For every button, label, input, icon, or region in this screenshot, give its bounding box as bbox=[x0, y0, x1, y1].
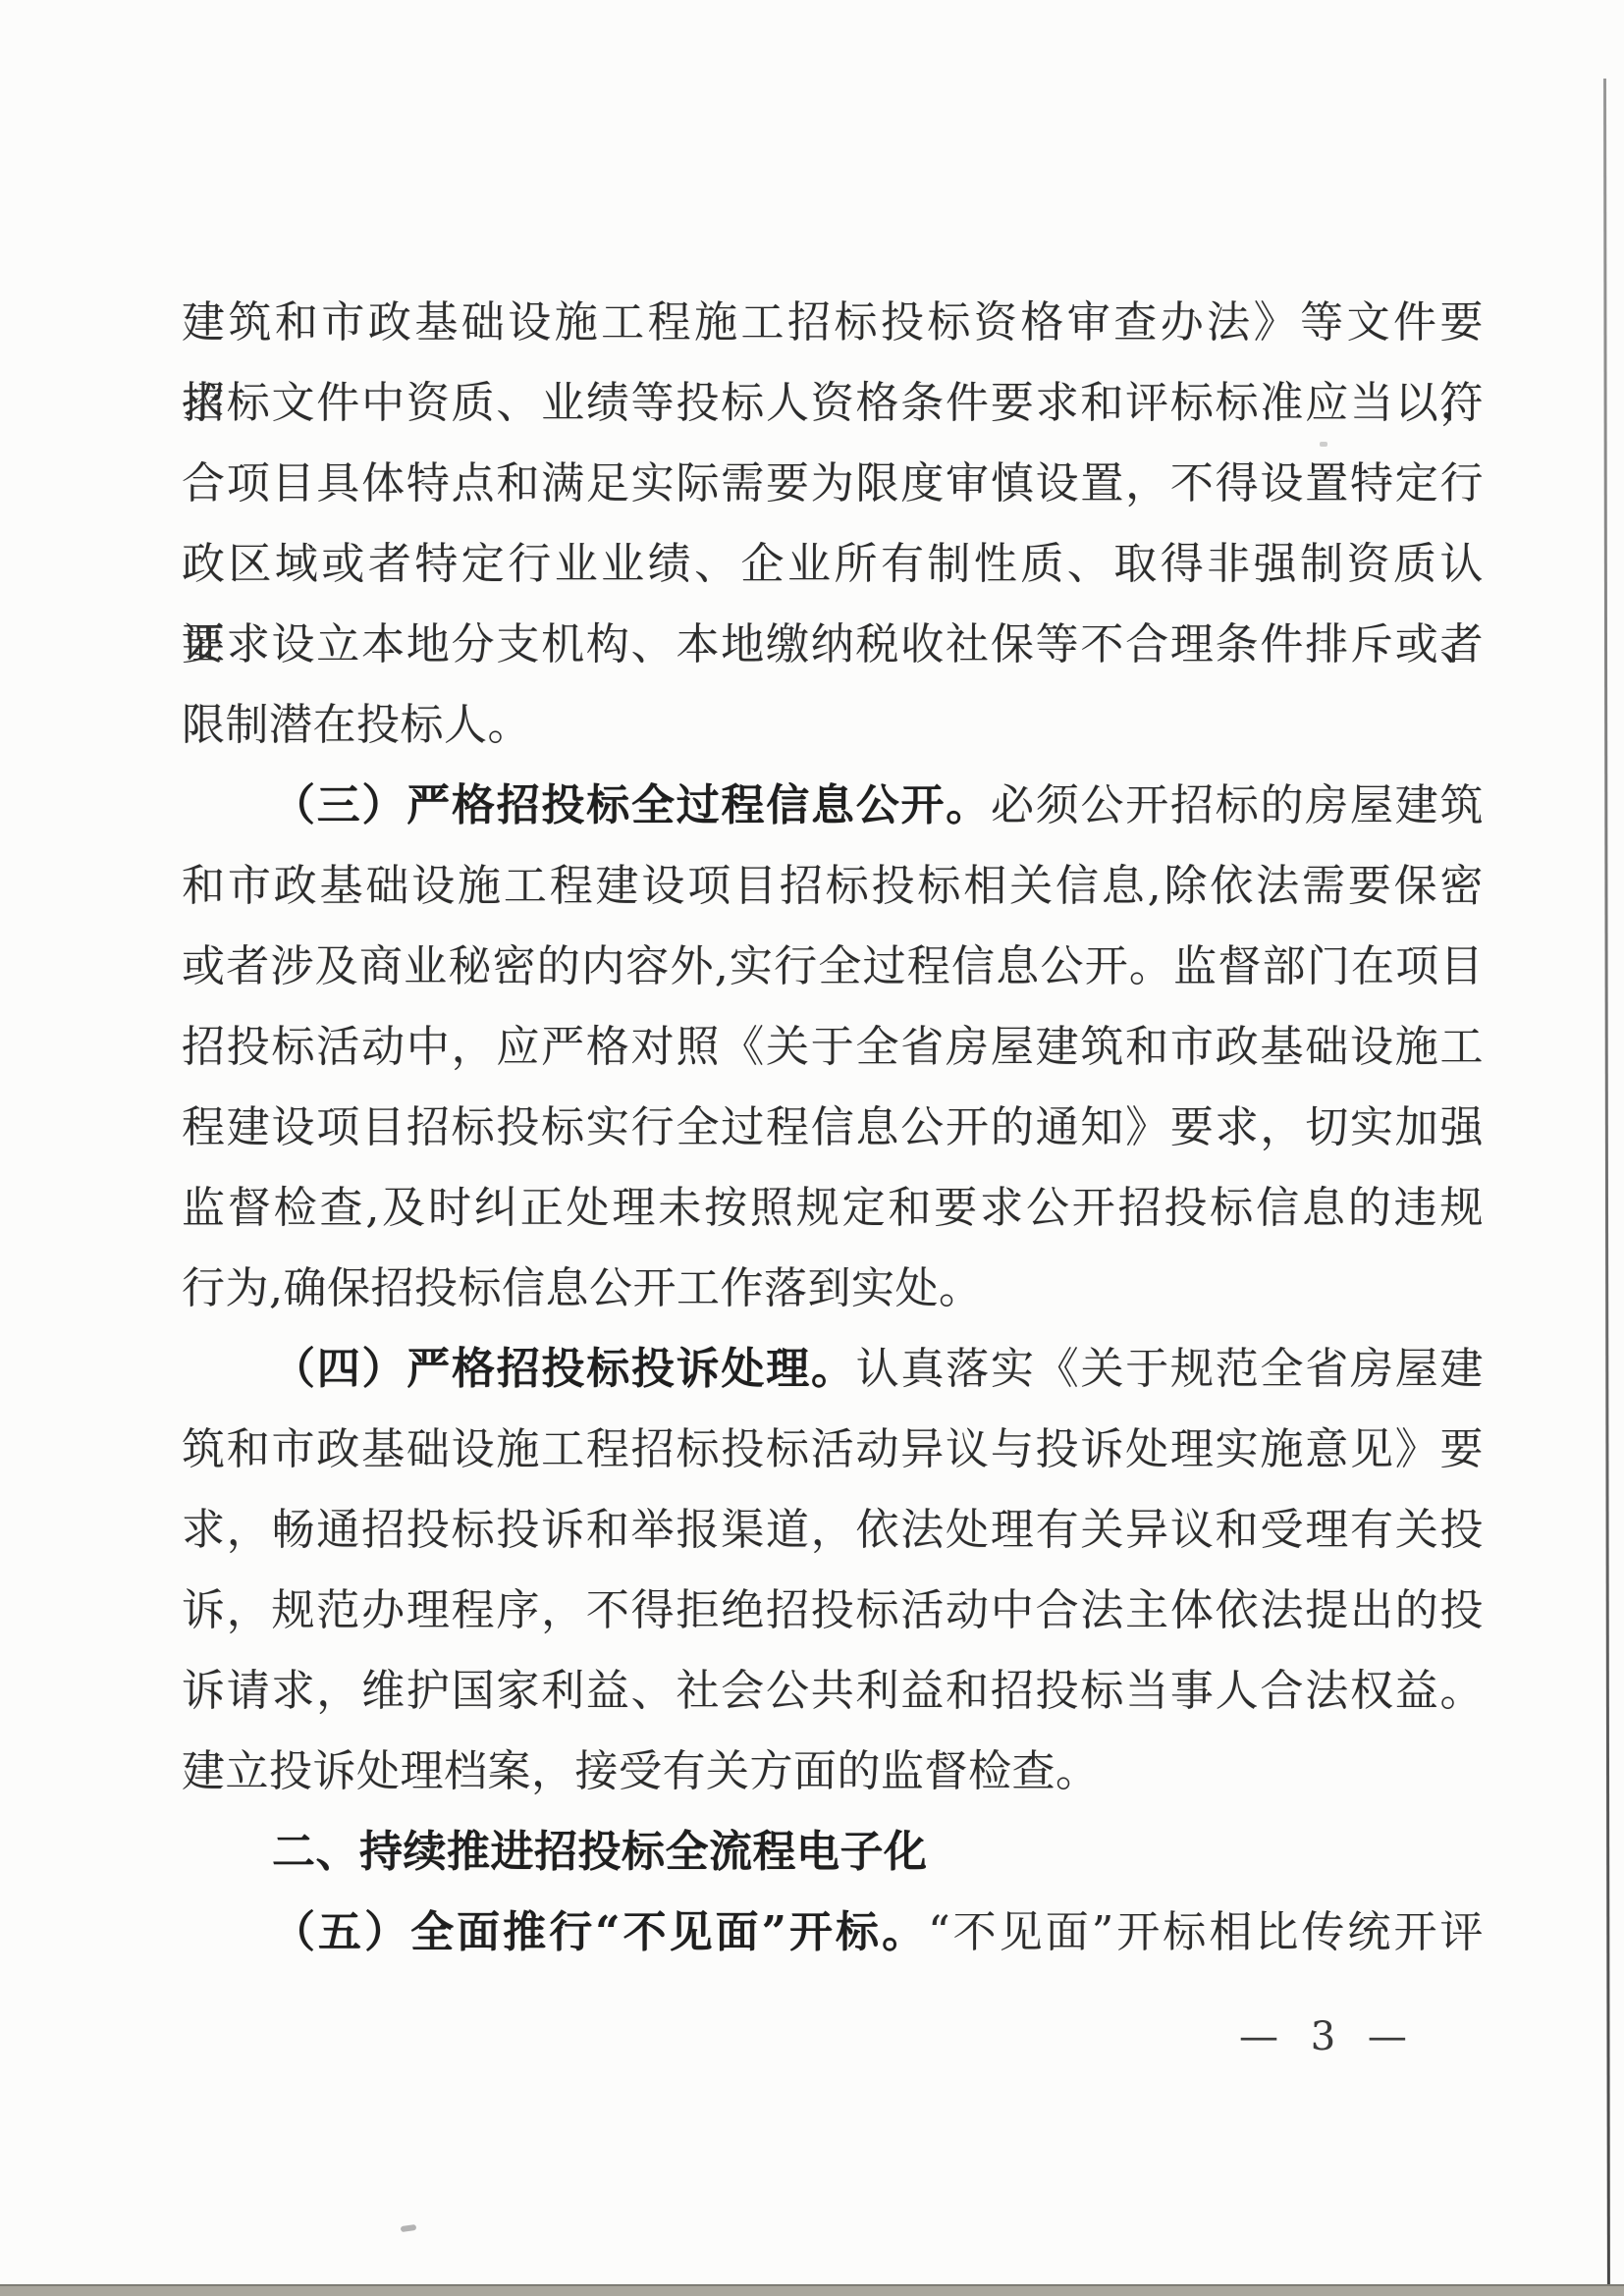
text-segment: 限制潜在投标人。 bbox=[182, 700, 531, 750]
page-number: — 3 — bbox=[1239, 2014, 1417, 2059]
text-segment: 程建设项目招标投标实行全过程信息公开的通知》要求，切实加强 bbox=[182, 1102, 1484, 1152]
text-segment: 或者涉及商业秘密的内容外,实行全过程信息公开。监督部门在项目 bbox=[182, 941, 1484, 991]
text-line: 或者涉及商业秘密的内容外,实行全过程信息公开。监督部门在项目 bbox=[182, 927, 1484, 1007]
text-segment: 认真落实《关于规范全省房屋建 bbox=[856, 1344, 1484, 1394]
text-segment: 建立投诉处理档案，接受有关方面的监督检查。 bbox=[182, 1746, 1100, 1796]
heading-segment: （五）全面推行“不见面”开标。 bbox=[272, 1907, 928, 1957]
scan-edge-bottom-band bbox=[0, 2284, 1624, 2296]
text-segment: 求，畅通招投标投诉和举报渠道，依法处理有关异议和受理有关投 bbox=[182, 1505, 1484, 1555]
text-line: 招投标活动中，应严格对照《关于全省房屋建筑和市政基础设施工 bbox=[182, 1007, 1484, 1088]
heading-segment: （四）严格招投标投诉处理。 bbox=[272, 1344, 856, 1394]
text-line: 政区域或者特定行业业绩、企业所有制性质、取得非强制资质认证、 bbox=[182, 524, 1484, 605]
text-line: （三）严格招投标全过程信息公开。必须公开招标的房屋建筑 bbox=[182, 766, 1484, 846]
text-segment: 合项目具体特点和满足实际需要为限度审慎设置，不得设置特定行 bbox=[182, 458, 1484, 508]
text-segment: 必须公开招标的房屋建筑 bbox=[991, 780, 1484, 830]
text-segment: 行为,确保招投标信息公开工作落到实处。 bbox=[182, 1263, 983, 1313]
text-line: 诉请求，维护国家利益、社会公共利益和招投标当事人合法权益。 bbox=[182, 1651, 1484, 1732]
text-line: 建筑和市政基础设施工程施工招标投标资格审查办法》等文件要求， bbox=[182, 283, 1484, 363]
text-line: 招标文件中资质、业绩等投标人资格条件要求和评标标准应当以符 bbox=[182, 363, 1484, 444]
text-line: 诉，规范办理程序，不得拒绝招投标活动中合法主体依法提出的投 bbox=[182, 1571, 1484, 1651]
text-segment: “不见面”开标相比传统开评 bbox=[928, 1907, 1484, 1957]
text-line: 要求设立本地分支机构、本地缴纳税收社保等不合理条件排斥或者 bbox=[182, 605, 1484, 685]
text-block: 建筑和市政基础设施工程施工招标投标资格审查办法》等文件要求，招标文件中资质、业绩… bbox=[182, 283, 1484, 1973]
document-page: 建筑和市政基础设施工程施工招标投标资格审查办法》等文件要求，招标文件中资质、业绩… bbox=[0, 0, 1624, 2296]
text-segment: 和市政基础设施工程建设项目招标投标相关信息,除依法需要保密 bbox=[182, 861, 1484, 911]
text-line: 筑和市政基础设施工程招标投标活动异议与投诉处理实施意见》要 bbox=[182, 1410, 1484, 1490]
scan-speck bbox=[401, 2224, 417, 2232]
text-line: 和市政基础设施工程建设项目招标投标相关信息,除依法需要保密 bbox=[182, 846, 1484, 927]
text-line: 求，畅通招投标投诉和举报渠道，依法处理有关异议和受理有关投 bbox=[182, 1490, 1484, 1571]
text-segment: 诉，规范办理程序，不得拒绝招投标活动中合法主体依法提出的投 bbox=[182, 1585, 1484, 1635]
text-line: 行为,确保招投标信息公开工作落到实处。 bbox=[182, 1249, 1484, 1329]
heading-segment: 二、持续推进招投标全流程电子化 bbox=[272, 1827, 928, 1877]
text-line: （五）全面推行“不见面”开标。“不见面”开标相比传统开评 bbox=[182, 1893, 1484, 1973]
text-line: 监督检查,及时纠正处理未按照规定和要求公开招投标信息的违规 bbox=[182, 1168, 1484, 1249]
heading-segment: （三）严格招投标全过程信息公开。 bbox=[272, 780, 991, 830]
text-line: 二、持续推进招投标全流程电子化 bbox=[182, 1812, 1484, 1893]
text-line: （四）严格招投标投诉处理。认真落实《关于规范全省房屋建 bbox=[182, 1329, 1484, 1410]
text-segment: 筑和市政基础设施工程招标投标活动异议与投诉处理实施意见》要 bbox=[182, 1424, 1484, 1474]
scan-speck bbox=[1320, 442, 1327, 447]
scan-edge-line bbox=[1603, 79, 1610, 2284]
text-line: 限制潜在投标人。 bbox=[182, 685, 1484, 766]
text-segment: 监督检查,及时纠正处理未按照规定和要求公开招投标信息的违规 bbox=[182, 1183, 1484, 1233]
text-line: 合项目具体特点和满足实际需要为限度审慎设置，不得设置特定行 bbox=[182, 444, 1484, 524]
text-segment: 诉请求，维护国家利益、社会公共利益和招投标当事人合法权益。 bbox=[182, 1666, 1484, 1716]
text-segment: 招投标活动中，应严格对照《关于全省房屋建筑和市政基础设施工 bbox=[182, 1022, 1484, 1072]
text-line: 程建设项目招标投标实行全过程信息公开的通知》要求，切实加强 bbox=[182, 1088, 1484, 1168]
text-segment: 招标文件中资质、业绩等投标人资格条件要求和评标标准应当以符 bbox=[182, 378, 1484, 428]
text-line: 建立投诉处理档案，接受有关方面的监督检查。 bbox=[182, 1732, 1484, 1812]
text-segment: 要求设立本地分支机构、本地缴纳税收社保等不合理条件排斥或者 bbox=[182, 619, 1484, 669]
